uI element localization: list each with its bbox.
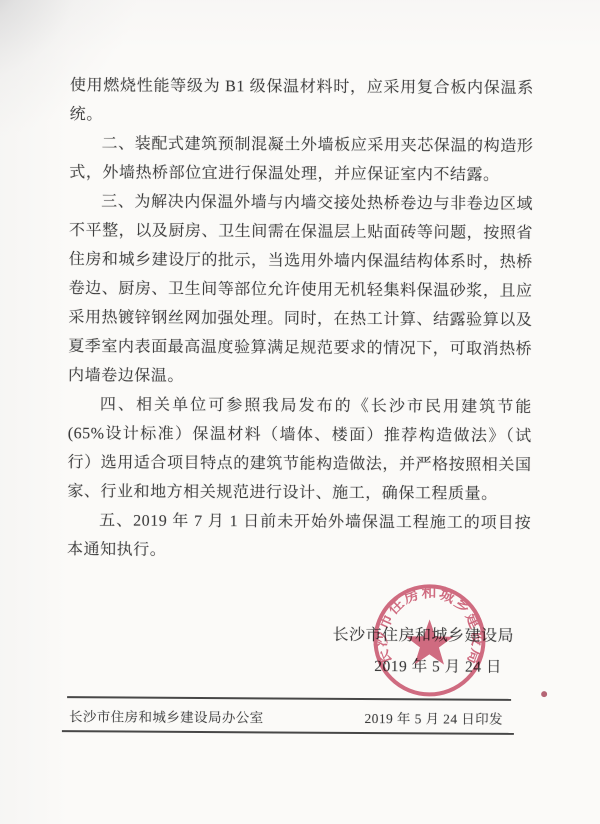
scanned-document-page: 使用燃烧性能等级为 B1 级保温材料时，应采用复合板内保温系统。 二、装配式建筑… [0,0,600,824]
paragraph-item-3: 三、为解决内保温外墙与内墙交接处热桥卷边与非卷边区域不平整，以及厨房、卫生间需在… [68,187,533,393]
paragraph-item-5: 五、2019 年 7 月 1 日前未开始外墙保温工程施工的项目按本通知执行。 [67,506,531,567]
footer-rule-bottom [62,730,514,735]
seal-star-icon [406,619,454,664]
paragraph-continuation: 使用燃烧性能等级为 B1 级保温材料时，应采用复合板内保温系统。 [70,71,534,132]
paragraph-item-2: 二、装配式建筑预制混凝土外墙板应采用夹芯保温的构造形式，外墙热桥部位宜进行保温处… [69,129,533,190]
paragraph-item-4: 四、相关单位可参照我局发布的《长沙市民用建筑节能(65%设计标准）保温材料（墙体… [67,390,532,509]
footer-print-date: 2019 年 5 月 24 日印发 [364,707,503,728]
official-seal: 长沙市住房和城乡建设局 [371,582,488,699]
scan-artifact-dot [541,691,547,697]
document-body-text: 使用燃烧性能等级为 B1 级保温材料时，应采用复合板内保温系统。 二、装配式建筑… [67,71,534,567]
official-seal-graphic: 长沙市住房和城乡建设局 [371,582,488,699]
document-content: 使用燃烧性能等级为 B1 级保温材料时，应采用复合板内保温系统。 二、装配式建筑… [0,0,600,824]
footer-issuing-office: 长沙市住房和城乡建设局办公室 [69,705,264,726]
